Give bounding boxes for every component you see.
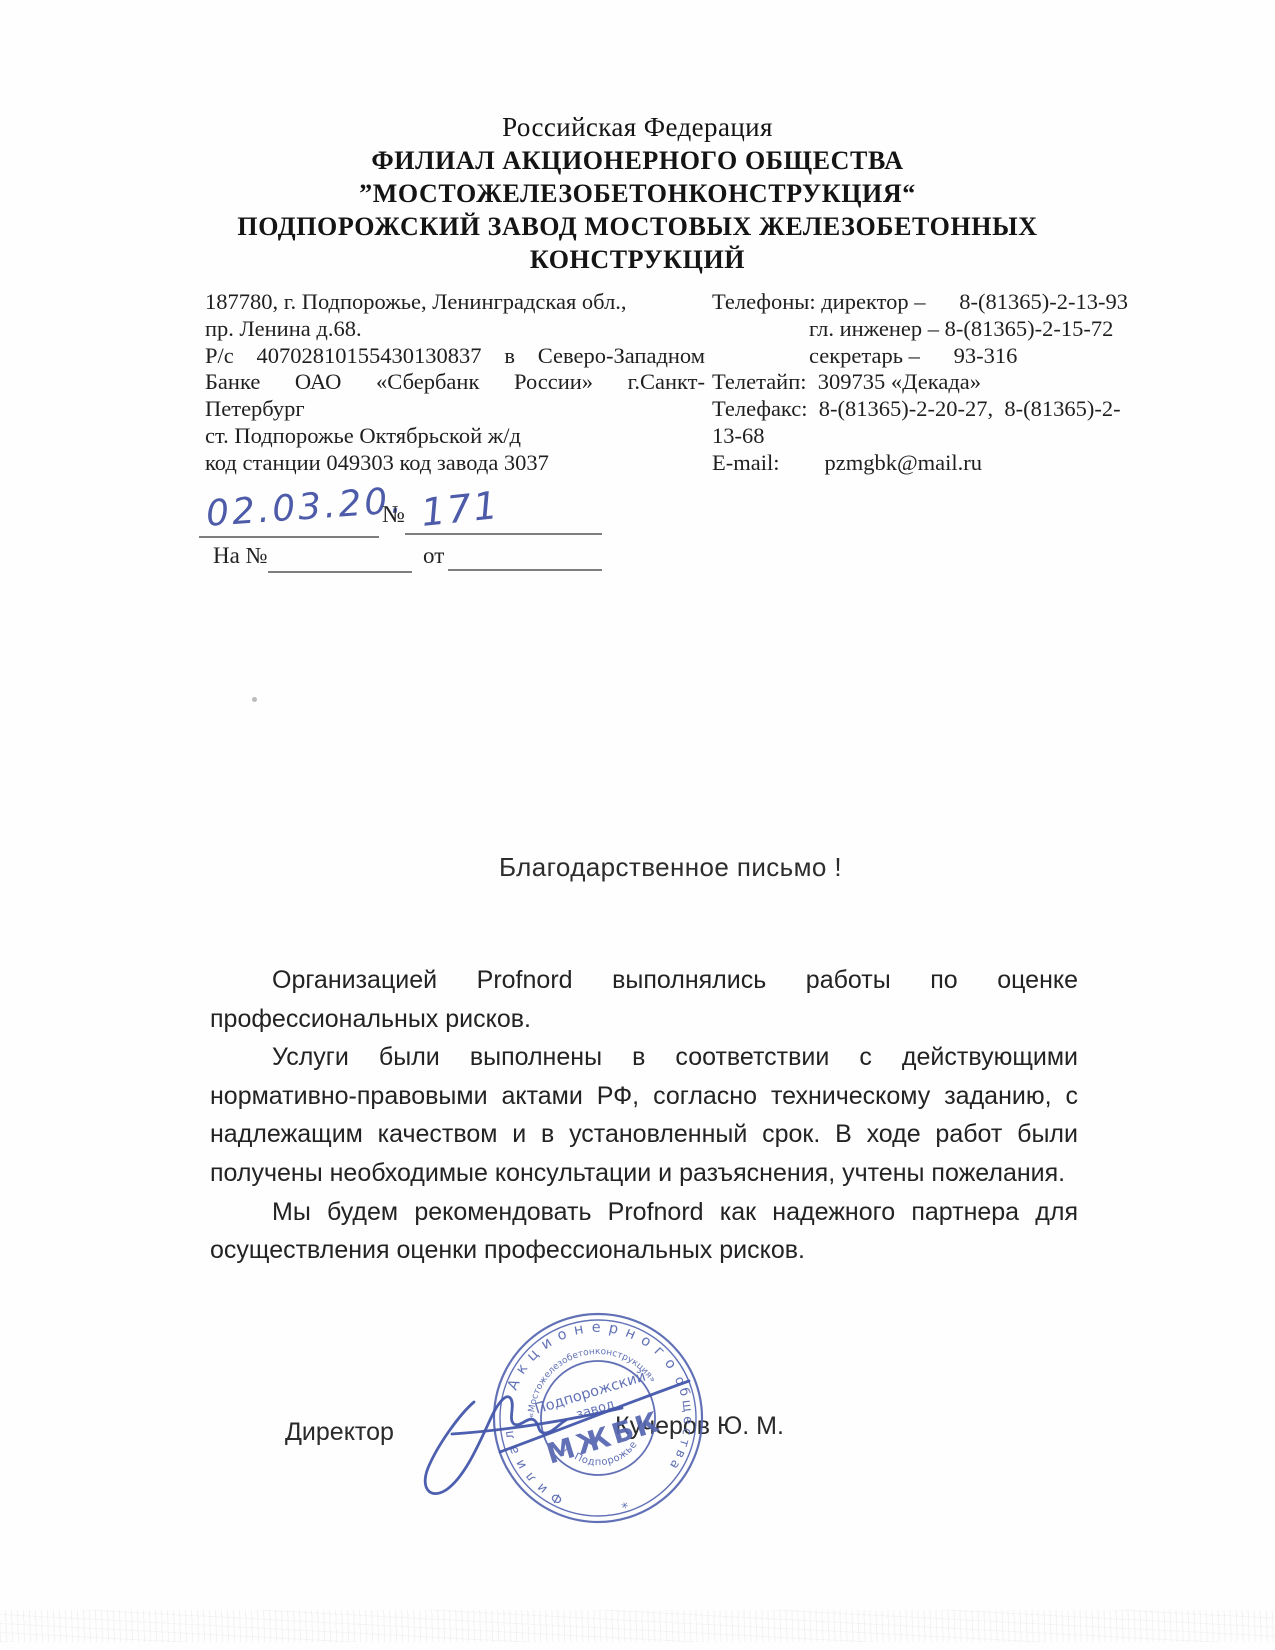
railway-station-line: ст. Подпорожье Октябрьской ж/д xyxy=(205,423,705,450)
bank-name-line: Банке ОАО «Сбербанк России» г.Санкт- xyxy=(205,369,705,396)
letter-page: Российская Федерация ФИЛИАЛ АКЦИОНЕРНОГО… xyxy=(0,0,1275,1650)
paragraph-2: Услуги были выполнены в соответствии с д… xyxy=(210,1038,1078,1192)
handwritten-signature xyxy=(400,1350,720,1525)
address-line: пр. Ленина д.68. xyxy=(205,316,705,343)
org-plant-line1: ПОДПОРОЖСКИЙ ЗАВОД МОСТОВЫХ ЖЕЛЕЗОБЕТОНН… xyxy=(0,210,1275,243)
reply-to-number-label: На № xyxy=(213,543,268,569)
phone-secretary-line: секретарь – 93-316 xyxy=(712,343,1142,370)
contacts-block: Телефоны: директор – 8-(81365)-2-13-93 г… xyxy=(712,289,1142,477)
email-line: E-mail: pzmgbk@mail.ru xyxy=(712,450,1142,477)
phone-director-line: Телефоны: директор – 8-(81365)-2-13-93 xyxy=(712,289,1142,316)
paragraph-1-line-1: Организацией Profnord выполнялись работы… xyxy=(210,961,1078,1000)
reply-date-underline xyxy=(448,569,602,571)
scan-noise-band xyxy=(0,1610,1275,1642)
bank-city-line: Петербург xyxy=(205,396,705,423)
bank-account-line: Р/с 40702810155430130837 в Северо-Западн… xyxy=(205,343,705,370)
org-name-line: ”МОСТОЖЕЛЕЗОБЕТОНКОНСТРУКЦИЯ“ xyxy=(0,177,1275,210)
paragraph-3: Мы будем рекомендовать Profnord как наде… xyxy=(210,1193,1078,1270)
phone-engineer-line: гл. инженер – 8-(81365)-2-15-72 xyxy=(712,316,1142,343)
org-header: Российская Федерация ФИЛИАЛ АКЦИОНЕРНОГО… xyxy=(0,111,1275,276)
reply-from-label: от xyxy=(423,543,444,569)
reply-number-underline xyxy=(268,571,412,573)
handwritten-number: 171 xyxy=(419,483,502,535)
letter-title: Благодарственное письмо ! xyxy=(33,852,1275,883)
telefax-line2: 13-68 xyxy=(712,423,1142,450)
teletype-line: Телетайп: 309735 «Декада» xyxy=(712,369,1142,396)
address-block: 187780, г. Подпорожье, Ленинградская обл… xyxy=(205,289,705,477)
letter-body: Организацией Profnord выполнялись работы… xyxy=(210,961,1078,1270)
station-codes-line: код станции 049303 код завода 3037 xyxy=(205,450,705,477)
date-underline xyxy=(199,536,379,538)
handwritten-date: 02.03.20. xyxy=(205,480,406,535)
org-branch-line: ФИЛИАЛ АКЦИОНЕРНОГО ОБЩЕСТВА xyxy=(0,144,1275,177)
org-plant-line2: КОНСТРУКЦИЙ xyxy=(0,243,1275,276)
scan-artifact-dot xyxy=(252,697,257,702)
telefax-line: Телефакс: 8-(81365)-2-20-27, 8-(81365)-2… xyxy=(712,396,1142,423)
signer-role: Директор xyxy=(285,1418,394,1447)
paragraph-1-line-2: профессиональных рисков. xyxy=(210,1000,1078,1039)
number-sign: № xyxy=(382,502,405,529)
address-line: 187780, г. Подпорожье, Ленинградская обл… xyxy=(205,289,705,316)
org-country: Российская Федерация xyxy=(0,111,1275,144)
